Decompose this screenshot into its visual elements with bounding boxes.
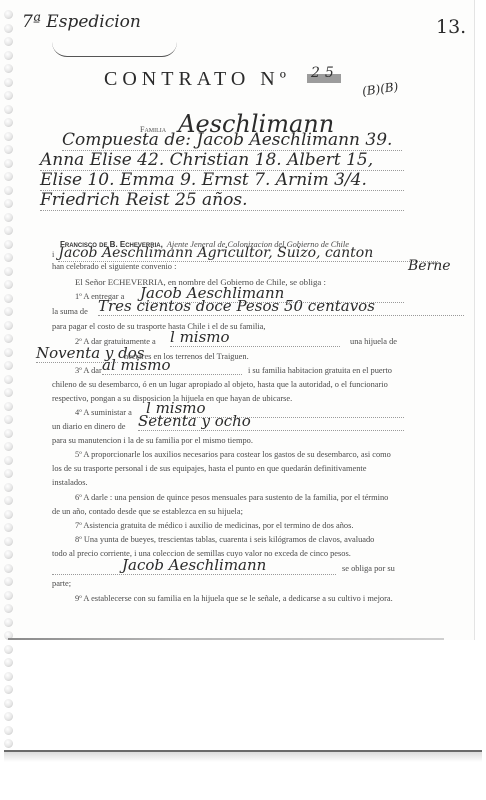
convenio-text: han celebrado el siguiente convenio : — [52, 262, 176, 271]
colonist-line: i Jacob Aeschlimann Agricultor, Suizo, c… — [52, 244, 438, 262]
composition-line-2: Anna Elise 42. Christian 18. Albert 15, — [40, 150, 404, 171]
clause-5-line-2: los de su trasporte personal i de sus eq… — [52, 464, 366, 473]
colonist-canton: Berne — [408, 258, 451, 274]
colonist-prefix: i — [52, 250, 54, 259]
composition-line-3: Elise 10. Emma 9. Ernst 7. Arnim 3/4. — [40, 170, 404, 191]
page-bottom-edge — [8, 638, 444, 640]
clause-1-suma-fill: Tres cientos doce Pesos 50 centavos — [98, 297, 464, 316]
colonist-handwritten: Jacob Aeschlimann Agricultor, Suizo, can… — [58, 245, 438, 262]
clause-3-fill: al mismo — [102, 356, 242, 375]
colonist-obligation-text: se obliga por su — [342, 564, 395, 573]
clause-4-line-3: para su manutencion i la de su familia p… — [52, 436, 253, 445]
clause-7-line-1: 7º Asistencia gratuita de médico i auxil… — [75, 521, 353, 530]
clause-4-line-2-label: un diario en dinero de — [52, 422, 126, 431]
binding-holes — [2, 10, 18, 766]
clause-5-line-1: 5º A proporcionarle los auxilios necesar… — [75, 450, 391, 459]
composition-line-4: Friedrich Reist 25 años. — [40, 190, 404, 211]
clause-8-line-1: 8º Una yunta de bueyes, trescientas tabl… — [75, 535, 374, 544]
corner-note-underline — [52, 42, 177, 57]
contract-number-box: 25 — [307, 74, 341, 83]
clause-9-line-1: 9º A establecerse con su familia en la h… — [75, 594, 393, 603]
contract-number-note: (B)(B) — [361, 80, 399, 99]
scanned-page: 7ª Espedicion 13. CONTRATO Nº 25 (B)(B) … — [0, 0, 475, 640]
clause-6-line-2: de un año, contado desde que se establez… — [52, 507, 243, 516]
colonist-obligation-fill: Jacob Aeschlimann — [52, 556, 336, 575]
parte-text: parte; — [52, 579, 71, 588]
clause-6-line-1: 6º A darle : una pension de quince pesos… — [75, 493, 388, 502]
clause-3-line-2: chileno de su desembarco, ó en un lugar … — [52, 380, 388, 389]
contract-number: 25 — [311, 65, 339, 81]
corner-note: 7ª Espedicion — [22, 12, 141, 32]
clause-3-label: 3º A dar — [75, 366, 102, 375]
clause-4-label: 4º A suministar a — [75, 408, 132, 417]
contract-title: CONTRATO Nº 25 — [104, 68, 341, 91]
scanner-bed-edge — [4, 750, 482, 762]
clause-4-fill-2: Setenta y ocho — [138, 412, 404, 431]
page-number: 13. — [436, 16, 466, 38]
composition-line-1: Compuesta de: Jacob Aeschlimann 39. — [62, 130, 402, 151]
clause-1-suma-label: la suma de — [52, 307, 88, 316]
contract-title-text: CONTRATO Nº — [104, 68, 291, 90]
clause-5-line-3: instalados. — [52, 478, 88, 487]
clause-3-rest: i su familia habitacion gratuita en el p… — [248, 366, 392, 375]
clause-2-rest: una hijuela de — [350, 337, 397, 346]
clause-2-fill: l mismo — [170, 328, 340, 347]
